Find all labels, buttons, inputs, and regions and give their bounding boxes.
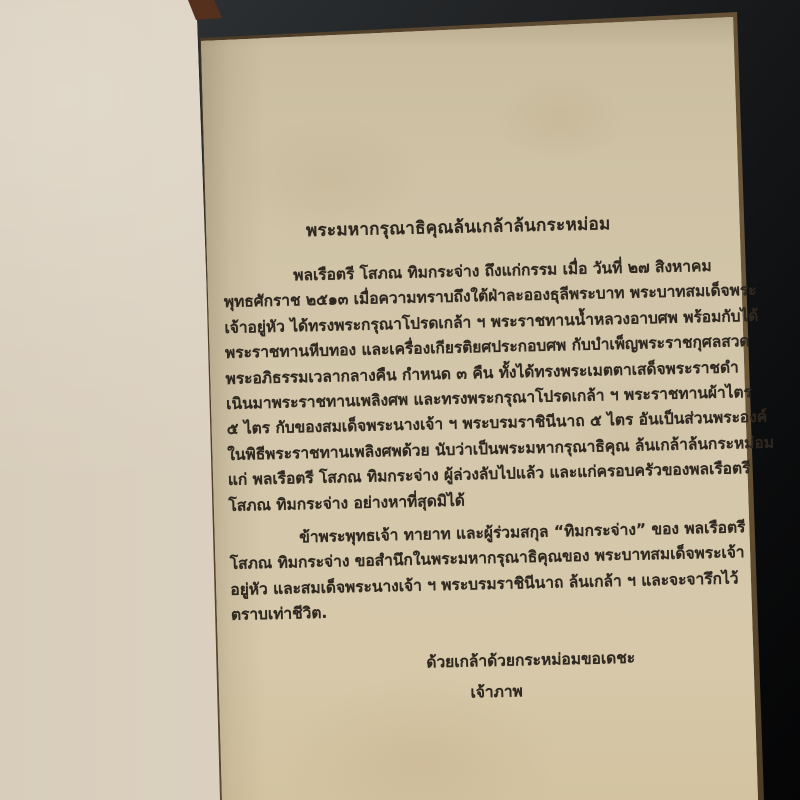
book-photo: พระมหากรุณาธิคุณล้นเกล้าล้นกระหม่อม พลเร…: [0, 0, 800, 800]
closing-salutation: ด้วยเกล้าด้วยกระหม่อมขอเดชะ: [232, 644, 704, 680]
printed-text-block: พระมหากรุณาธิคุณล้นเกล้าล้นกระหม่อม พลเร…: [222, 208, 705, 711]
paragraph-2: ข้าพระพุทธเจ้า ทายาท และผู้ร่วมสกุล “ทิม…: [229, 516, 703, 628]
paragraph-1: พลเรือตรี โสภณ ทิมกระจ่าง ถึงแก่กรรม เมื…: [223, 254, 701, 519]
